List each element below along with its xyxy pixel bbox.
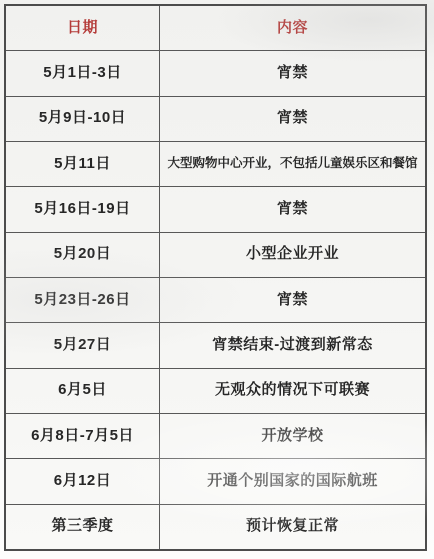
date-cell: 5月23日-26日 bbox=[6, 278, 160, 322]
table-row: 5月27日 宵禁结束-过渡到新常态 bbox=[6, 322, 425, 367]
header-cell-date: 日期 bbox=[6, 6, 160, 50]
date-value: 5月11日 bbox=[54, 155, 111, 174]
content-value: 大型购物中心开业，不包括儿童娱乐区和餐馆 bbox=[167, 156, 417, 172]
content-value: 宵禁 bbox=[277, 109, 308, 128]
table-row: 5月1日-3日 宵禁 bbox=[6, 50, 425, 95]
date-value: 6月12日 bbox=[54, 472, 112, 491]
content-cell: 开通个别国家的国际航班 bbox=[160, 459, 425, 503]
table-header-row: 日期 内容 bbox=[6, 6, 425, 50]
table-row: 6月5日 无观众的情况下可联赛 bbox=[6, 368, 425, 413]
content-cell: 宵禁 bbox=[160, 278, 425, 322]
content-value: 开通个别国家的国际航班 bbox=[207, 472, 378, 491]
table-row: 6月8日-7月5日 开放学校 bbox=[6, 413, 425, 458]
content-value: 无观众的情况下可联赛 bbox=[215, 381, 370, 400]
date-cell: 5月27日 bbox=[6, 323, 160, 367]
content-value: 小型企业开业 bbox=[246, 245, 339, 264]
table-row: 5月16日-19日 宵禁 bbox=[6, 186, 425, 231]
table-row: 6月12日 开通个别国家的国际航班 bbox=[6, 458, 425, 503]
content-cell: 预计恢复正常 bbox=[160, 505, 425, 549]
date-value: 6月8日-7月5日 bbox=[31, 427, 134, 446]
date-value: 5月27日 bbox=[54, 336, 112, 355]
date-cell: 5月11日 bbox=[6, 142, 160, 186]
content-value: 开放学校 bbox=[261, 427, 323, 446]
content-cell: 小型企业开业 bbox=[160, 233, 425, 277]
header-date-label: 日期 bbox=[67, 19, 98, 38]
date-value: 5月1日-3日 bbox=[43, 64, 122, 83]
date-value: 第三季度 bbox=[51, 517, 113, 536]
date-cell: 6月8日-7月5日 bbox=[6, 414, 160, 458]
table-row: 第三季度 预计恢复正常 bbox=[6, 504, 425, 549]
content-value: 宵禁 bbox=[277, 64, 308, 83]
content-cell: 宵禁 bbox=[160, 97, 425, 141]
date-cell: 第三季度 bbox=[6, 505, 160, 549]
content-value: 宵禁结束-过渡到新常态 bbox=[212, 336, 373, 355]
screenshot-root: { "colors": { "header_text": "#b43a38", … bbox=[0, 0, 434, 559]
date-cell: 5月20日 bbox=[6, 233, 160, 277]
schedule-table: 日期 内容 5月1日-3日 宵禁 5月9日-10日 宵禁 5月11日 大型购物中… bbox=[4, 4, 427, 551]
date-value: 5月23日-26日 bbox=[34, 291, 130, 310]
content-cell: 无观众的情况下可联赛 bbox=[160, 369, 425, 413]
date-value: 5月9日-10日 bbox=[39, 109, 126, 128]
content-cell: 宵禁结束-过渡到新常态 bbox=[160, 323, 425, 367]
date-cell: 5月16日-19日 bbox=[6, 187, 160, 231]
content-value: 宵禁 bbox=[277, 200, 308, 219]
date-cell: 5月9日-10日 bbox=[6, 97, 160, 141]
date-value: 5月16日-19日 bbox=[34, 200, 130, 219]
table-row: 5月20日 小型企业开业 bbox=[6, 232, 425, 277]
header-cell-content: 内容 bbox=[160, 6, 425, 50]
date-cell: 6月12日 bbox=[6, 459, 160, 503]
content-value: 预计恢复正常 bbox=[246, 517, 339, 536]
table-row: 5月11日 大型购物中心开业，不包括儿童娱乐区和餐馆 bbox=[6, 141, 425, 186]
content-cell: 宵禁 bbox=[160, 187, 425, 231]
date-cell: 5月1日-3日 bbox=[6, 51, 160, 95]
header-content-label: 内容 bbox=[277, 19, 308, 38]
content-cell: 宵禁 bbox=[160, 51, 425, 95]
content-cell: 开放学校 bbox=[160, 414, 425, 458]
table-row: 5月9日-10日 宵禁 bbox=[6, 96, 425, 141]
content-cell: 大型购物中心开业，不包括儿童娱乐区和餐馆 bbox=[160, 142, 425, 186]
table-row: 5月23日-26日 宵禁 bbox=[6, 277, 425, 322]
date-value: 5月20日 bbox=[54, 245, 112, 264]
content-value: 宵禁 bbox=[277, 291, 308, 310]
date-cell: 6月5日 bbox=[6, 369, 160, 413]
date-value: 6月5日 bbox=[58, 381, 107, 400]
